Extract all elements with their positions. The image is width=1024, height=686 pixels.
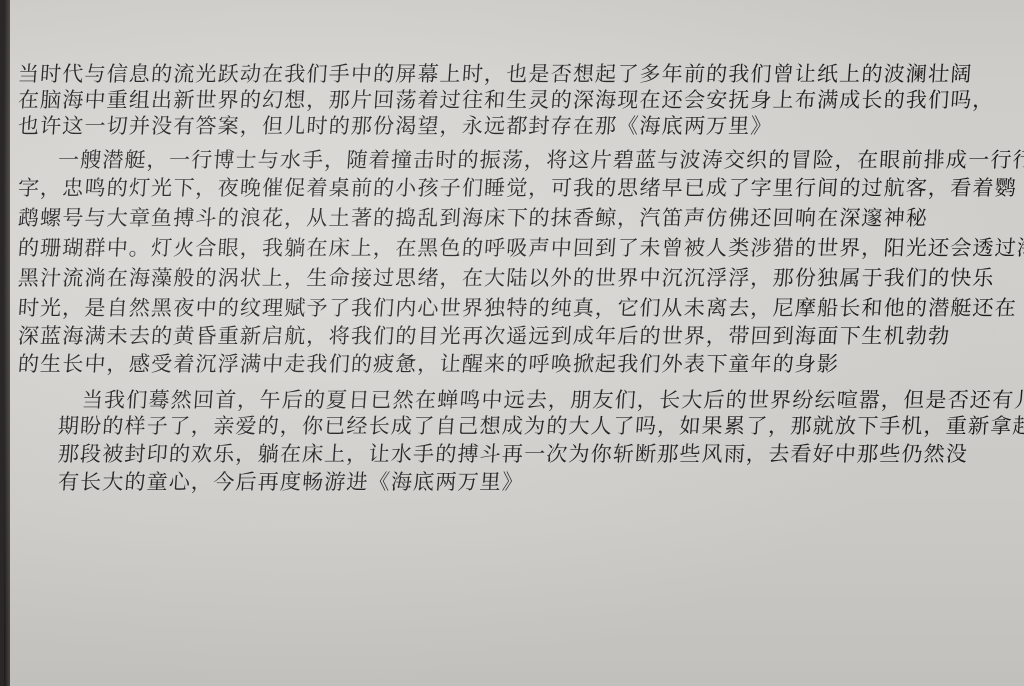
essay-line: 字，忠鸣的灯光下，夜晚催促着桌前的小孩子们睡觉，可我的思绪早已成了字里行间的过航…	[17, 172, 1018, 202]
essay-line: 的生长中，感受着沉浮满中走我们的疲惫，让醒来的呼唤掀起我们外表下童年的身影	[17, 348, 841, 378]
essay-line: 也许这一切并没有答案，但儿时的那份渴望，永远都封存在那《海底两万里》	[17, 110, 774, 140]
essay-line: 鹉螺号与大章鱼搏斗的浪花，从土著的捣乱到海床下的抹香鲸，汽笛声仿佛还回响在深邃神…	[17, 202, 929, 232]
essay-line: 的珊瑚群中。灯火合眼，我躺在床上，在黑色的呼吸声中回到了未曾被人类涉猎的世界，阳…	[17, 232, 1024, 262]
essay-line: 期盼的样子了，亲爱的，你已经长成了自己想成为的大人了吗，如果累了，那就放下手机，…	[57, 410, 1024, 440]
paper-shadow-edge	[4, 0, 10, 686]
essay-line: 时光，是自然黑夜中的纹理赋予了我们内心世界独特的纯真，它们从未离去，尼摩船长和他…	[17, 292, 1018, 322]
paper-sheet: 当时代与信息的流光跃动在我们手中的屏幕上时，也是否想起了多年前的我们曾让纸上的波…	[4, 0, 1024, 686]
essay-line: 那段被封印的欢乐，躺在床上，让水手的搏斗再一次为你斩断那些风雨，去看好中那些仍然…	[57, 438, 969, 468]
essay-line: 深蓝海满未去的黄昏重新启航，将我们的目光再次遥远到成年后的世界，带回到海面下生机…	[17, 320, 952, 350]
essay-line: 有长大的童心，今后再度畅游进《海底两万里》	[57, 466, 525, 496]
essay-line: 黑汁流淌在海藻般的涡状上，生命接过思绪，在大陆以外的世界中沉沉浮浮，那份独属于我…	[17, 262, 996, 292]
essay-line: 一艘潜艇，一行博士与水手，随着撞击时的振荡，将这片碧蓝与波涛交织的冒险，在眼前排…	[57, 144, 1024, 174]
